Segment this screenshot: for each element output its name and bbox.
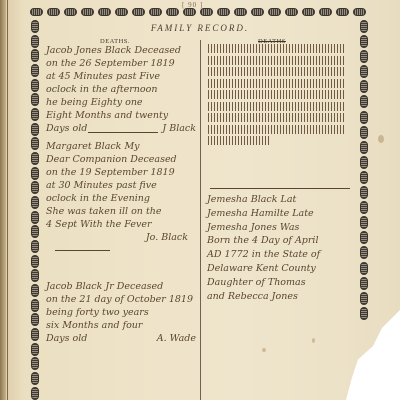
border-ornament xyxy=(31,123,39,136)
struck-line xyxy=(206,102,346,111)
border-ornament xyxy=(31,313,39,326)
entry-line: Jacob Black Jr Deceased xyxy=(46,280,196,293)
border-ornament xyxy=(360,141,368,154)
border-ornament xyxy=(115,8,128,16)
border-ornament xyxy=(360,156,368,169)
entry-last-line: Days old A. Wade xyxy=(46,332,196,345)
border-ornament xyxy=(98,8,111,16)
struck-line xyxy=(206,44,346,53)
border-ornament xyxy=(31,328,39,341)
entry-line: Margaret Black My xyxy=(46,140,196,153)
entry-rule xyxy=(55,250,110,251)
border-ornament xyxy=(31,284,39,297)
border-ornament xyxy=(319,8,332,16)
struck-out-entry xyxy=(206,42,356,148)
entry-line: Born the 4 Day of April xyxy=(207,234,362,248)
entry-rule xyxy=(88,132,158,133)
struck-line xyxy=(206,136,271,145)
entry-line: Eight Months and twenty xyxy=(46,109,196,122)
paper-stain xyxy=(312,338,315,343)
border-ornament xyxy=(31,343,39,356)
border-ornament xyxy=(31,64,39,77)
death-entry-3: Jacob Black Jr Deceased on the 21 day of… xyxy=(46,280,196,345)
entry-line: Jemesha Hamilte Late xyxy=(207,207,362,221)
border-ornament xyxy=(31,255,39,268)
border-ornament xyxy=(183,8,196,16)
border-ornament xyxy=(360,95,368,108)
border-ornament xyxy=(251,8,264,16)
border-ornament xyxy=(81,8,94,16)
border-ornament xyxy=(64,8,77,16)
border-ornament xyxy=(31,35,39,48)
entry-rule xyxy=(210,188,350,189)
entry-signature: J Black xyxy=(162,122,196,135)
border-ornament xyxy=(31,211,39,224)
death-entry-1: Jacob Jones Black Deceased on the 26 Sep… xyxy=(46,44,196,135)
border-ornament xyxy=(31,372,39,385)
page-edge-line xyxy=(7,0,8,400)
border-ornament xyxy=(31,225,39,238)
entry-line: Dear Companion Deceased xyxy=(46,153,196,166)
paper-stain xyxy=(378,135,384,143)
entry-line: on the 21 day of October 1819 xyxy=(46,293,196,306)
border-ornament xyxy=(31,357,39,370)
ornamental-border-left xyxy=(31,20,41,400)
entry-line: Jemesha Black Lat xyxy=(207,193,362,207)
border-ornament xyxy=(360,307,368,320)
entry-line: Delaware Kent County xyxy=(207,262,362,276)
border-ornament xyxy=(31,93,39,106)
entry-signature: A. Wade xyxy=(157,332,196,345)
border-ornament xyxy=(166,8,179,16)
border-ornament xyxy=(360,171,368,184)
entry-line: Days old xyxy=(46,332,87,345)
page-binding-edge xyxy=(0,0,6,400)
document-page: [ 90 ] FAMILY RECORD. DEATHS. DEATHS Jac… xyxy=(0,0,400,400)
border-ornament xyxy=(360,111,368,124)
entry-line: and Rebecca Jones xyxy=(207,290,362,304)
border-ornament xyxy=(302,8,315,16)
border-ornament xyxy=(31,240,39,253)
entry-line: on the 19 September 1819 xyxy=(46,166,196,179)
entry-line: oclock in the afternoon xyxy=(46,83,196,96)
column-divider xyxy=(200,40,201,400)
border-ornament xyxy=(360,80,368,93)
border-ornament xyxy=(149,8,162,16)
entry-signature: Jo. Black xyxy=(46,231,196,244)
entry-last-line: Days old J Black xyxy=(46,122,196,135)
torn-corner xyxy=(340,310,400,400)
border-ornament xyxy=(132,8,145,16)
entry-line: on the 26 September 1819 xyxy=(46,57,196,70)
border-ornament xyxy=(234,8,247,16)
border-ornament xyxy=(31,167,39,180)
ornamental-border-top xyxy=(30,8,366,18)
border-ornament xyxy=(31,79,39,92)
entry-line: 4 Sept With the Fever xyxy=(46,218,196,231)
border-ornament xyxy=(31,387,39,400)
struck-line xyxy=(206,56,346,65)
border-ornament xyxy=(31,108,39,121)
border-ornament xyxy=(360,65,368,78)
border-ornament xyxy=(31,269,39,282)
entry-line: Days old xyxy=(46,122,87,135)
border-ornament xyxy=(360,126,368,139)
entry-line: oclock in the Evening xyxy=(46,192,196,205)
paper-stain xyxy=(262,348,266,352)
entry-line: Jacob Jones Black Deceased xyxy=(46,44,196,57)
border-ornament xyxy=(268,8,281,16)
border-ornament xyxy=(360,50,368,63)
struck-line xyxy=(206,79,346,88)
border-ornament xyxy=(31,152,39,165)
border-ornament xyxy=(30,8,43,16)
border-ornament xyxy=(217,8,230,16)
border-ornament xyxy=(336,8,349,16)
entry-line: Jemesha Jones Was xyxy=(207,221,362,235)
struck-line xyxy=(206,125,346,134)
entry-line: at 30 Minutes past five xyxy=(46,179,196,192)
death-entry-2: Margaret Black My Dear Companion Decease… xyxy=(46,140,196,244)
entry-line: Daughter of Thomas xyxy=(207,276,362,290)
border-ornament xyxy=(31,299,39,312)
entry-line: AD 1772 in the State of xyxy=(207,248,362,262)
border-ornament xyxy=(285,8,298,16)
border-ornament xyxy=(353,8,366,16)
struck-line xyxy=(206,113,346,122)
border-ornament xyxy=(200,8,213,16)
border-ornament xyxy=(47,8,60,16)
struck-line xyxy=(206,67,346,76)
birth-entry: Jemesha Black Lat Jemesha Hamilte Late J… xyxy=(207,193,362,303)
struck-line xyxy=(206,90,346,99)
entry-line: being forty two years xyxy=(46,306,196,319)
border-ornament xyxy=(31,49,39,62)
entry-line: She was taken ill on the xyxy=(46,205,196,218)
entry-line: six Months and four xyxy=(46,319,196,332)
border-ornament xyxy=(31,181,39,194)
border-ornament xyxy=(360,35,368,48)
entry-line: he being Eighty one xyxy=(46,96,196,109)
entry-line: at 45 Minutes past Five xyxy=(46,70,196,83)
border-ornament xyxy=(31,137,39,150)
page-title: FAMILY RECORD. xyxy=(0,23,400,33)
border-ornament xyxy=(31,196,39,209)
